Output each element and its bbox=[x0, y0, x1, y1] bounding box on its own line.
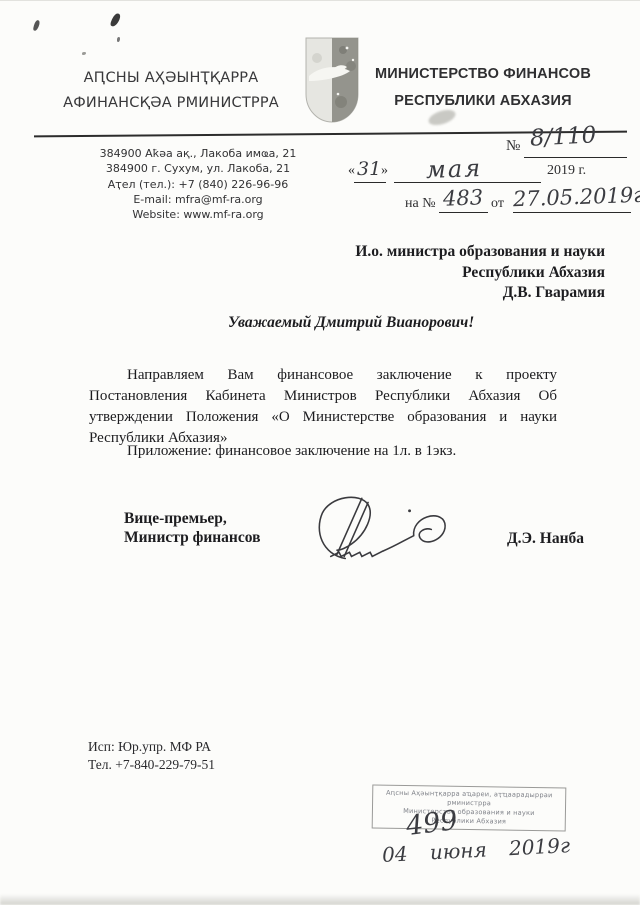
scanned-letter-page: АԤСНЫ АҲӘЫНҬҚАРРА АФИНАНСҚӘА РМИНИСТРРА … bbox=[0, 0, 640, 905]
stamp-incoming-number: 499 bbox=[405, 807, 459, 840]
incoming-stamp: Аԥсны Аҳәынҭқарра аҵареи, аҭҵаарадырраи … bbox=[372, 784, 567, 831]
date-day-value: 31 bbox=[357, 160, 381, 179]
org-name-abkhaz-line2: АФИНАНСҚӘА РМИНИСТРРА bbox=[38, 91, 304, 116]
outgoing-number-blank bbox=[524, 157, 627, 158]
org-name-abkhaz: АԤСНЫ АҲӘЫНҬҚАРРА АФИНАНСҚӘА РМИНИСТРРА bbox=[38, 66, 304, 116]
salutation: Уважаемый Дмитрий Вианорович! bbox=[228, 314, 474, 332]
signatory-title-line2: Министр финансов bbox=[124, 528, 260, 547]
org-name-abkhaz-line1: АԤСНЫ АҲӘЫНҬҚАРРА bbox=[38, 66, 304, 91]
signatory-title-line1: Вице-премьер, bbox=[124, 509, 260, 528]
date-close-quote: » bbox=[381, 163, 388, 179]
reply-date-value: 27.05.2019г bbox=[513, 185, 640, 211]
addressee-position: И.о. министра образования и науки bbox=[300, 242, 605, 263]
addressee-block: И.о. министра образования и науки Респуб… bbox=[300, 242, 605, 304]
ink-speck bbox=[110, 12, 122, 28]
phone-line: Аҭел (тел.): +7 (840) 226-96-96 bbox=[52, 177, 344, 192]
ink-speck bbox=[33, 20, 41, 32]
website-line: Website: www.mf-ra.org bbox=[52, 207, 344, 222]
org-address-block: 384900 Аҟәа ақ., Лакоба имҩа, 21 384900 … bbox=[52, 146, 344, 222]
address-line-russian: 384900 г. Сухум, ул. Лакоба, 21 bbox=[52, 161, 344, 176]
date-month-value: мая bbox=[426, 156, 483, 182]
date-day-blank bbox=[354, 182, 386, 183]
reply-date-blank bbox=[513, 212, 631, 213]
reply-number-value: 483 bbox=[443, 187, 484, 209]
org-name-russian: МИНИСТЕРСТВО ФИНАНСОВ РЕСПУБЛИКИ АБХАЗИЯ bbox=[368, 61, 598, 115]
outgoing-number-label: № bbox=[506, 138, 520, 155]
addressee-republic: Республики Абхазия bbox=[300, 263, 605, 284]
executor-line: Исп: Юр.упр. МФ РА bbox=[88, 738, 215, 756]
reply-number-blank bbox=[439, 212, 488, 213]
body-paragraph: Направляем Вам финансовое заключение к п… bbox=[89, 365, 557, 449]
ink-speck bbox=[117, 37, 120, 42]
attachment-line: Приложение: финансовое заключение на 1л.… bbox=[89, 443, 557, 460]
org-name-russian-line2: РЕСПУБЛИКИ АБХАЗИЯ bbox=[368, 88, 598, 115]
addressee-name: Д.В. Гварамия bbox=[300, 283, 605, 304]
ink-speck bbox=[82, 52, 86, 55]
email-line: E-mail: mfra@mf-ra.org bbox=[52, 192, 344, 207]
address-line-abkhaz: 384900 Аҟәа ақ., Лакоба имҩа, 21 bbox=[52, 146, 344, 161]
executor-phone: Тел. +7-840-229-79-51 bbox=[88, 756, 215, 774]
date-year-label: 2019 г. bbox=[547, 163, 586, 179]
coat-of-arms-icon bbox=[303, 36, 361, 124]
signatory-name: Д.Э. Нанба bbox=[507, 530, 584, 548]
org-name-russian-line1: МИНИСТЕРСТВО ФИНАНСОВ bbox=[368, 61, 598, 88]
date-open-quote: « bbox=[348, 163, 355, 179]
stamp-line-russian-2: Республики Абхазия bbox=[375, 816, 563, 828]
scan-smudge bbox=[0, 894, 640, 905]
outgoing-number-value: 8/110 bbox=[529, 124, 596, 150]
signature-autograph-icon bbox=[310, 492, 450, 570]
signatory-title: Вице-премьер, Министр финансов bbox=[124, 509, 260, 547]
reply-number-label: на № bbox=[405, 196, 436, 212]
scan-edge-line bbox=[0, 0, 640, 1]
footer-block: Исп: Юр.упр. МФ РА Тел. +7-840-229-79-51 bbox=[88, 738, 215, 774]
reply-from-label: от bbox=[491, 196, 504, 212]
